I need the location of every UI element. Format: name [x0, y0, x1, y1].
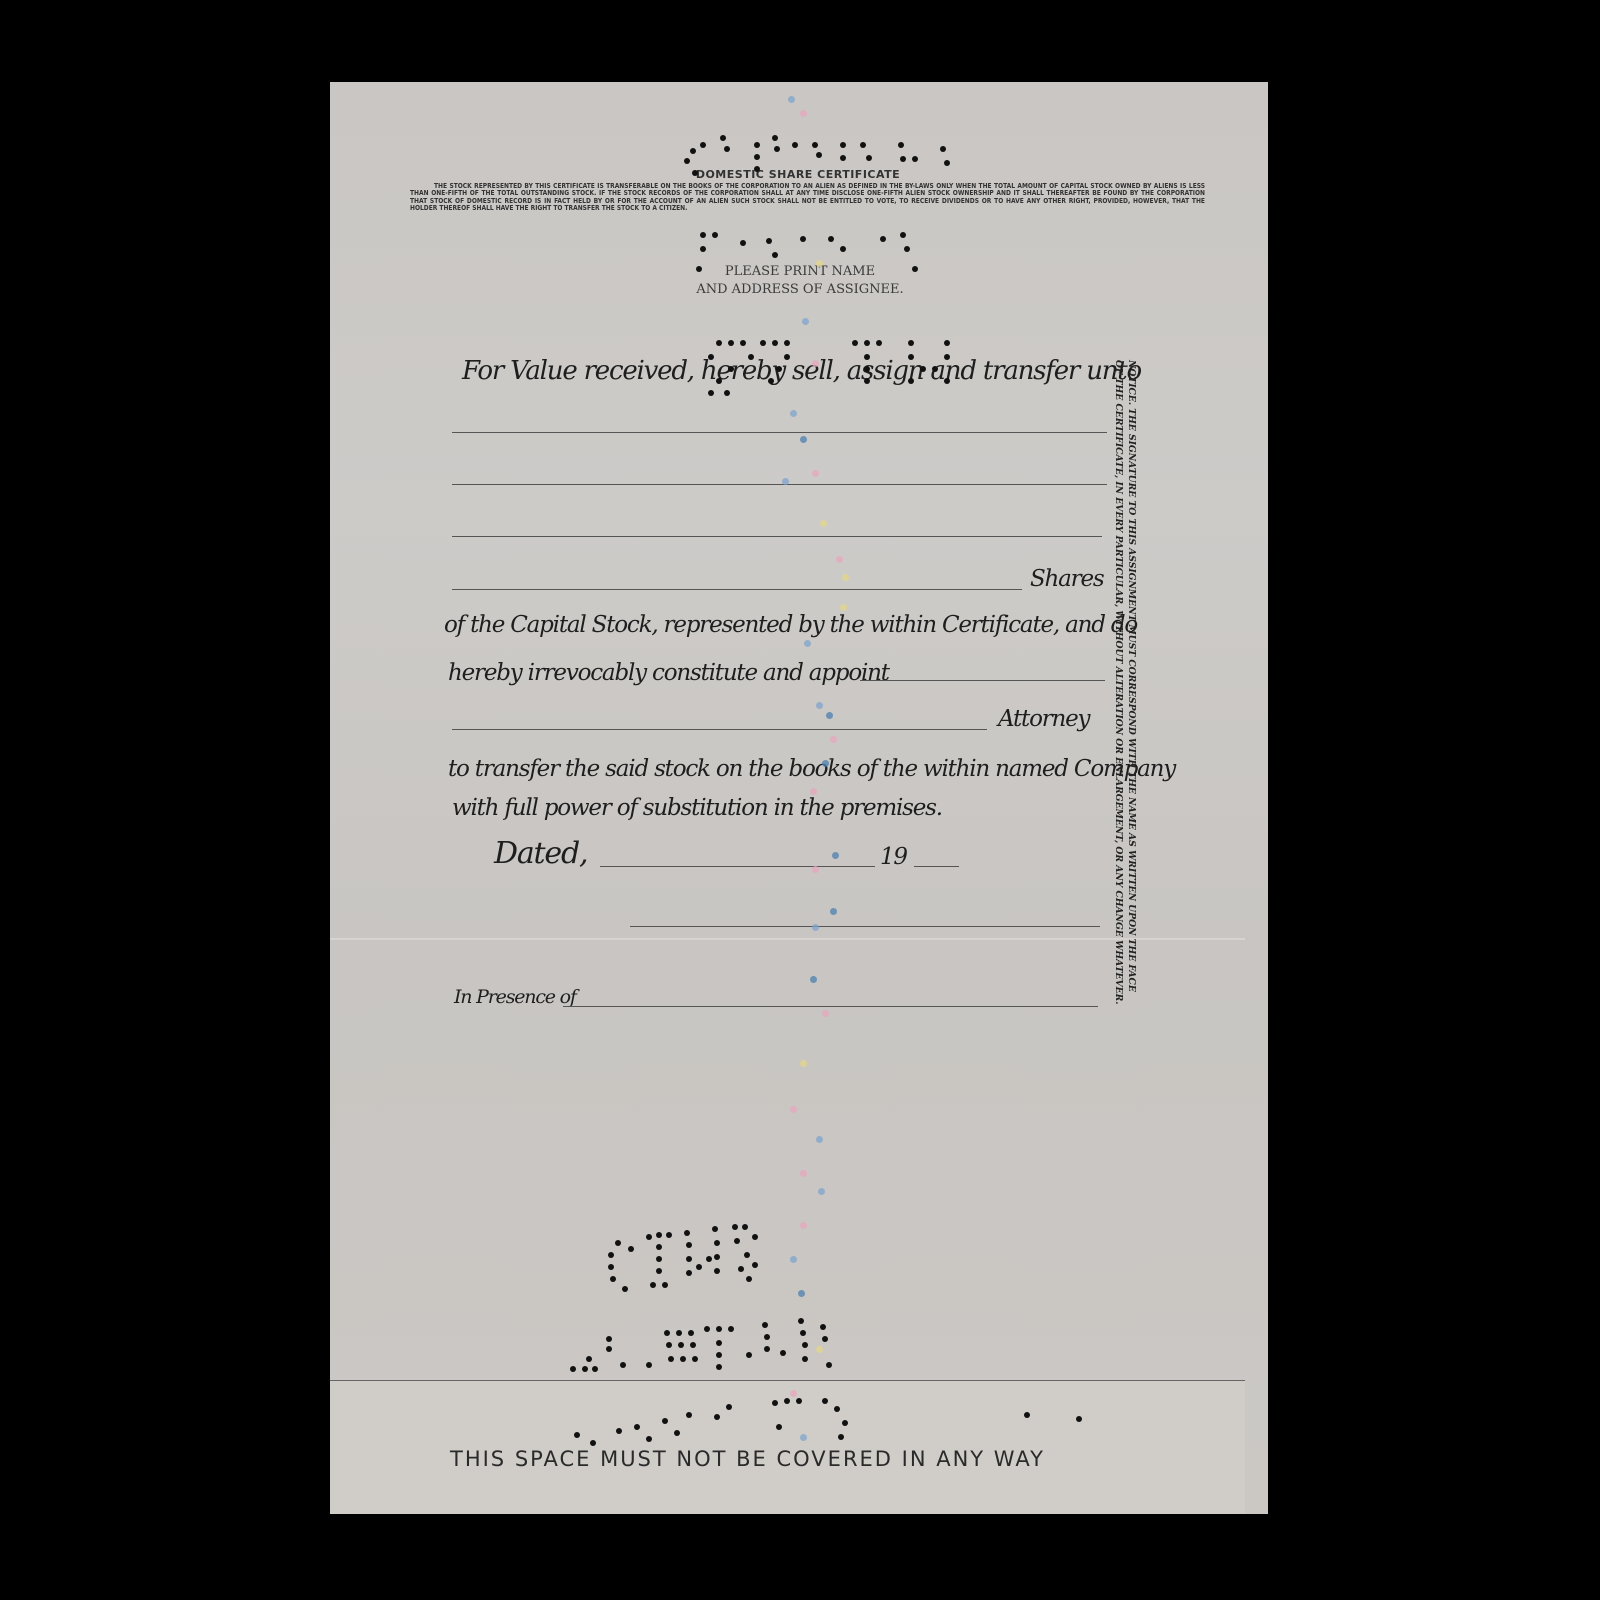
year-prefix-label: 19: [880, 844, 907, 870]
assignee-instructions: PLEASE PRINT NAME AND ADDRESS OF ASSIGNE…: [660, 263, 940, 299]
substitution-line: with full power of substitution in the p…: [452, 795, 942, 821]
attorney-name-line-2[interactable]: [452, 729, 987, 730]
shares-count-line[interactable]: [452, 589, 1022, 590]
in-presence-of-label: In Presence of: [454, 986, 576, 1008]
capital-stock-line: of the Capital Stock, represented by the…: [444, 612, 1137, 638]
transfer-line: to transfer the said stock on the books …: [448, 756, 1175, 782]
for-value-received-line: For Value received, hereby sell, assign …: [462, 356, 1141, 386]
fold-crease: [330, 938, 1245, 940]
assignee-instructions-line2: AND ADDRESS OF ASSIGNEE.: [660, 281, 940, 299]
stub-divider-line: [330, 1380, 1245, 1381]
do-not-cover-warning: THIS SPACE MUST NOT BE COVERED IN ANY WA…: [450, 1447, 1045, 1471]
attorney-label: Attorney: [998, 706, 1089, 732]
assignee-name-line-3[interactable]: [452, 536, 1102, 537]
certificate-type-title: DOMESTIC SHARE CERTIFICATE: [0, 168, 1598, 181]
witness-signature-line[interactable]: [563, 1006, 1098, 1007]
year-line[interactable]: [914, 866, 959, 867]
notice-line-2: OF THE CERTIFICATE, IN EVERY PARTICULAR,…: [1112, 360, 1125, 1005]
shares-label: Shares: [1030, 566, 1104, 592]
signature-notice: NOTICE. THE SIGNATURE TO THIS ASSIGNMENT…: [1112, 360, 1138, 1005]
assignee-instructions-line1: PLEASE PRINT NAME: [660, 263, 940, 281]
assignee-name-line-1[interactable]: [452, 432, 1107, 433]
notice-lead: NOTICE.: [1126, 360, 1137, 405]
alien-ownership-legend: The stock represented by this certificat…: [410, 183, 1205, 212]
attorney-name-line-1[interactable]: [860, 680, 1105, 681]
notice-line-1: THE SIGNATURE TO THIS ASSIGNMENT MUST CO…: [1126, 408, 1137, 992]
appoint-line: hereby irrevocably constitute and appoin…: [448, 660, 889, 686]
signature-line[interactable]: [630, 926, 1100, 927]
date-line[interactable]: [600, 866, 875, 867]
dated-label: Dated,: [494, 836, 587, 871]
assignee-name-line-2[interactable]: [452, 484, 1107, 485]
